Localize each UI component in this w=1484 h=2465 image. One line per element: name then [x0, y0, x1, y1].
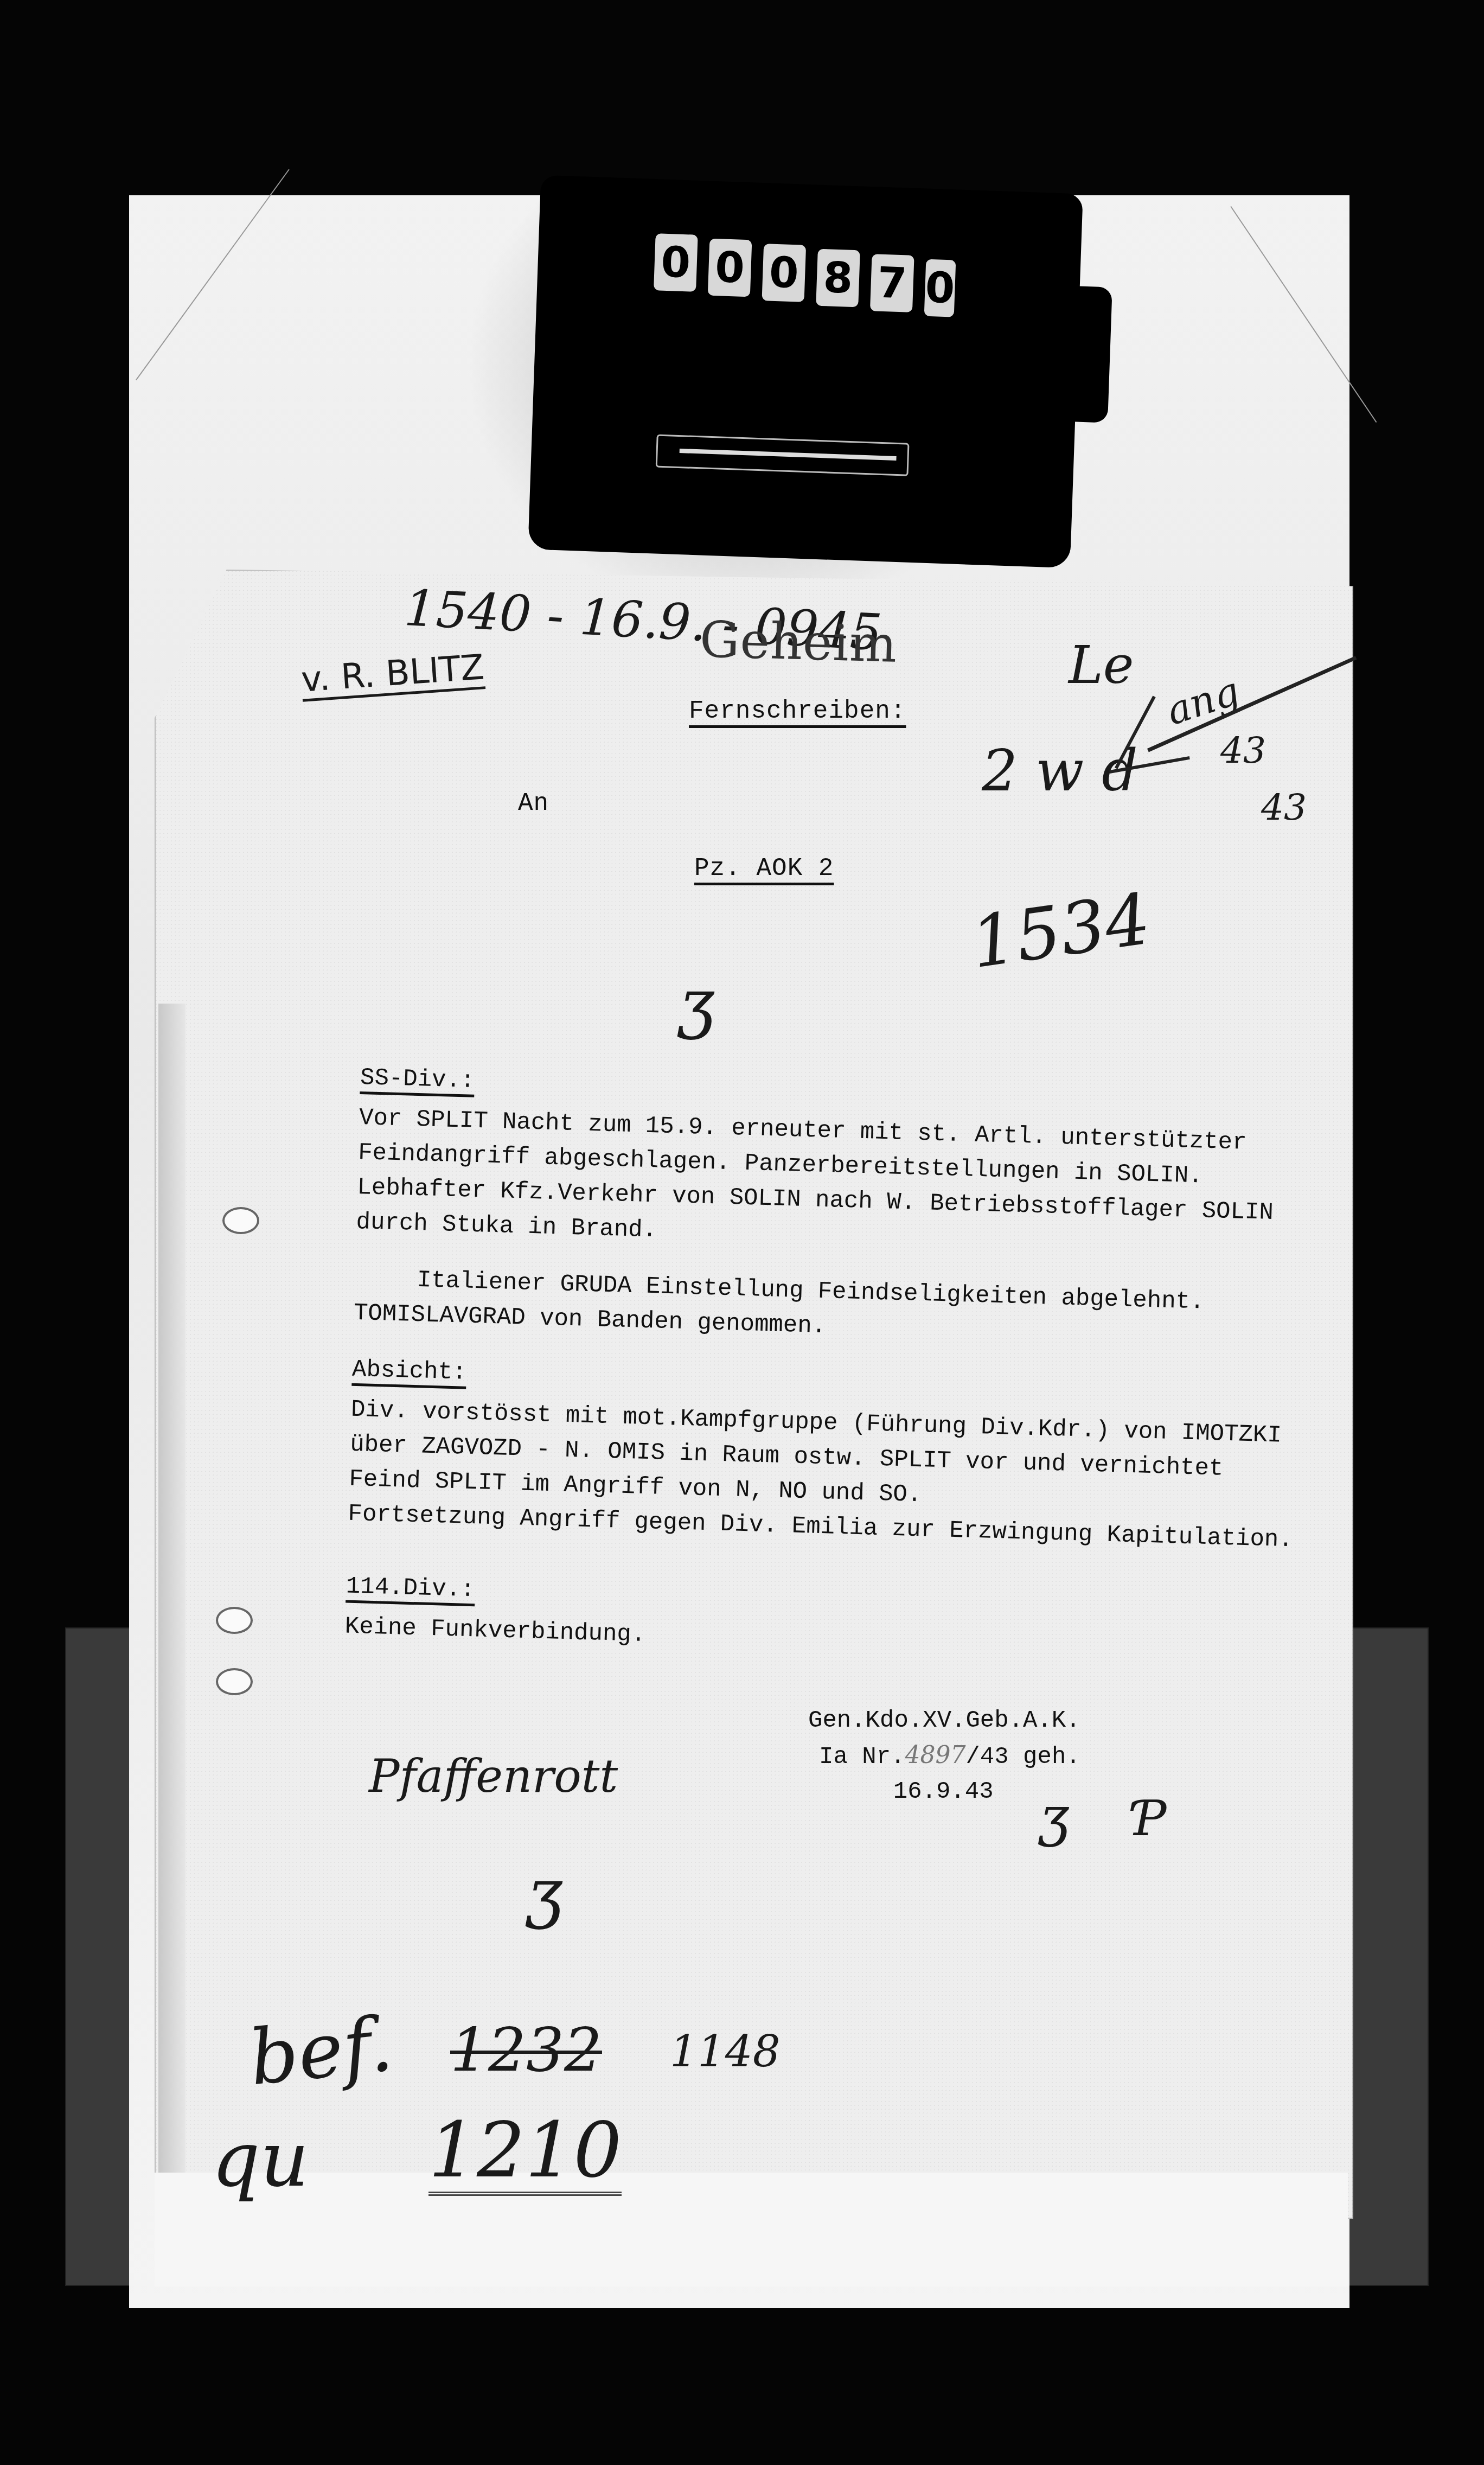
underlined-number: 1210 — [428, 2110, 622, 2196]
handwritten-initial: Le — [1069, 635, 1134, 695]
counter-digit: 7 — [870, 254, 914, 312]
counter-knob — [1048, 285, 1112, 423]
addressee-label: An — [518, 789, 549, 818]
handwritten-code: qu — [212, 2116, 309, 2204]
bottom-fold — [155, 2173, 1348, 2287]
sender-reference: Ia Nr.4897/43 geh. — [808, 1738, 1080, 1774]
document-type: Fernschreiben: — [689, 697, 906, 725]
recipient: Pz. AOK 2 — [694, 854, 834, 883]
frame-counter-device: 0 0 0 8 7 0 — [528, 175, 1083, 568]
ref-suffix: /43 geh. — [965, 1744, 1080, 1771]
punch-hole — [216, 1607, 253, 1634]
section-heading: SS-Div.: — [360, 1064, 475, 1097]
initial-mark: ʒ — [1039, 1785, 1069, 1848]
frame-counter-digits: 0 0 0 8 7 0 — [653, 233, 956, 317]
initial-mark: Ƥ — [1134, 1790, 1167, 1847]
counter-slot — [656, 435, 910, 476]
paraph-mark: ʒ — [678, 966, 715, 1041]
section-heading: Absicht: — [351, 1356, 467, 1389]
punch-hole — [222, 1207, 259, 1234]
counter-digit: 0 — [762, 244, 807, 302]
sender-unit: Gen.Kdo.XV.Geb.A.K. — [808, 1703, 1080, 1738]
counter-digit: 0 — [924, 259, 956, 317]
telegram-body: SS-Div.: Vor SPLIT Nacht zum 15.9. erneu… — [344, 1061, 1391, 1673]
ref-prefix: Ia Nr. — [819, 1744, 905, 1771]
counter-digit: 8 — [816, 249, 860, 308]
punch-hole — [216, 1668, 253, 1695]
section-heading: 114.Div.: — [346, 1573, 475, 1607]
classification-title: Geheim — [699, 610, 898, 673]
page-edge-shadow — [158, 1004, 185, 2197]
counter-digit: 0 — [708, 239, 752, 297]
fraction-top: 43 — [1220, 730, 1266, 771]
bef-label: bef. — [245, 2000, 396, 2103]
struck-number: 1232 — [450, 2015, 602, 2085]
ref-number: 4897 — [905, 1741, 965, 1769]
counter-digit: 0 — [654, 233, 698, 292]
fraction-bottom: 43 — [1261, 787, 1307, 828]
corrected-number: 1148 — [670, 2026, 781, 2077]
paraph-mark: ʒ — [526, 1855, 563, 1931]
signature: Pfaffenrott — [369, 1749, 618, 1803]
